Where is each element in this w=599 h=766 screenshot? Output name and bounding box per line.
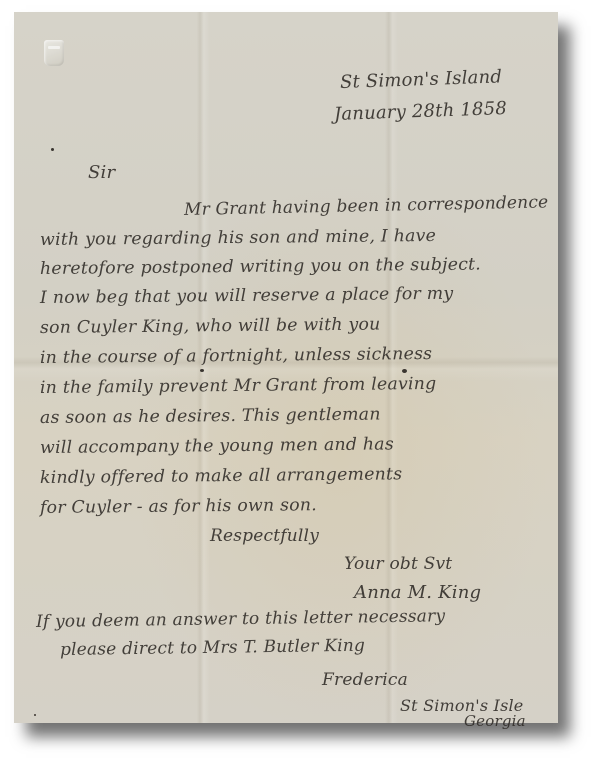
postscript-line: please direct to Mrs T. Butler King	[60, 636, 365, 660]
postscript-line: If you deem an answer to this letter nec…	[36, 606, 445, 632]
ink-spot	[51, 148, 54, 151]
ink-spot	[200, 369, 204, 372]
body-line: in the family prevent Mr Grant from leav…	[40, 374, 437, 398]
body-line: in the course of a fortnight, unless sic…	[40, 344, 432, 368]
body-line: for Cuyler - as for his own son.	[40, 495, 317, 518]
embossed-stationery-mark	[44, 40, 64, 66]
body-line: son Cuyler King, who will be with you	[40, 315, 381, 338]
address-line: Georgia	[464, 712, 526, 730]
closing: Respectfully	[210, 526, 319, 546]
address-line: Frederica	[322, 670, 408, 690]
body-line: I now beg that you will reserve a place …	[40, 284, 454, 308]
salutation: Sir	[88, 162, 115, 183]
signature: Anna M. King	[354, 582, 481, 603]
closing-line-2: Your obt Svt	[344, 554, 452, 574]
body-line: will accompany the young men and has	[40, 434, 394, 458]
body-line: Mr Grant having been in correspondence	[184, 192, 549, 220]
body-line: kindly offered to make all arrangements	[40, 464, 402, 488]
body-line: with you regarding his son and mine, I h…	[40, 226, 436, 250]
ink-spot	[34, 714, 36, 716]
ink-spot	[402, 369, 407, 373]
letter-page: St Simon's Island January 28th 1858 Sir …	[14, 12, 558, 723]
heading-date: January 28th 1858	[334, 98, 508, 125]
body-line: as soon as he desires. This gentleman	[40, 405, 381, 428]
heading-place: St Simon's Island	[340, 66, 503, 93]
body-line: heretofore postponed writing you on the …	[40, 254, 481, 279]
